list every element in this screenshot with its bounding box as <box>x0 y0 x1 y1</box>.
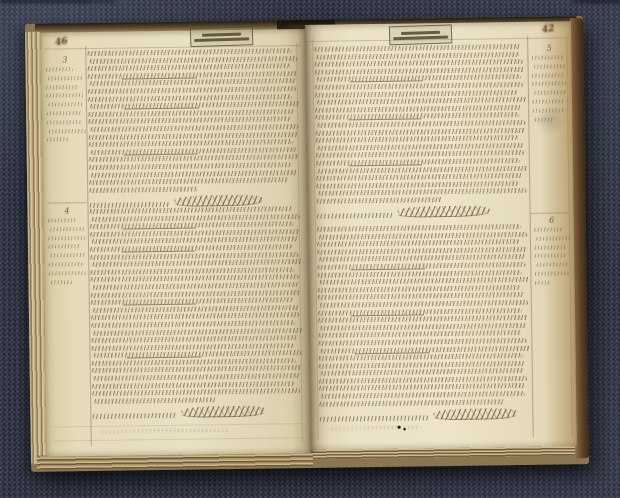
right-margin-column: 5 6 <box>531 21 573 446</box>
ink-spots <box>397 425 409 432</box>
priest-signature <box>319 408 529 422</box>
margin-entry: 6 <box>534 215 571 289</box>
register-record-handwriting <box>89 206 302 419</box>
margin-note-handwriting <box>46 67 86 142</box>
register-record-handwriting <box>87 48 299 208</box>
margin-note-handwriting <box>48 218 88 284</box>
right-page: 42 5 6 <box>305 21 577 450</box>
entry-number: 3 <box>45 55 84 65</box>
fabric-crease <box>0 0 90 3</box>
photo-of-register: 46 3 4 <box>0 0 620 498</box>
register-record-handwriting <box>317 224 530 422</box>
right-main-text-column <box>314 22 530 450</box>
register-book: 46 3 4 <box>25 16 589 472</box>
priest-signature <box>92 405 302 419</box>
left-page: 46 3 4 <box>40 29 311 457</box>
priest-signature <box>316 205 526 219</box>
faint-ink-smudge <box>534 107 566 133</box>
entry-number: 5 <box>531 43 567 53</box>
fabric-crease <box>580 0 620 3</box>
margin-entry: 3 <box>45 55 85 147</box>
entry-number: 6 <box>534 215 570 225</box>
margin-entry: 4 <box>47 206 87 289</box>
left-main-text-column <box>87 29 303 456</box>
margin-note-handwriting <box>534 227 571 284</box>
left-margin-column: 3 4 <box>45 32 90 457</box>
register-record-handwriting <box>314 44 526 219</box>
entry-number: 4 <box>47 206 86 216</box>
